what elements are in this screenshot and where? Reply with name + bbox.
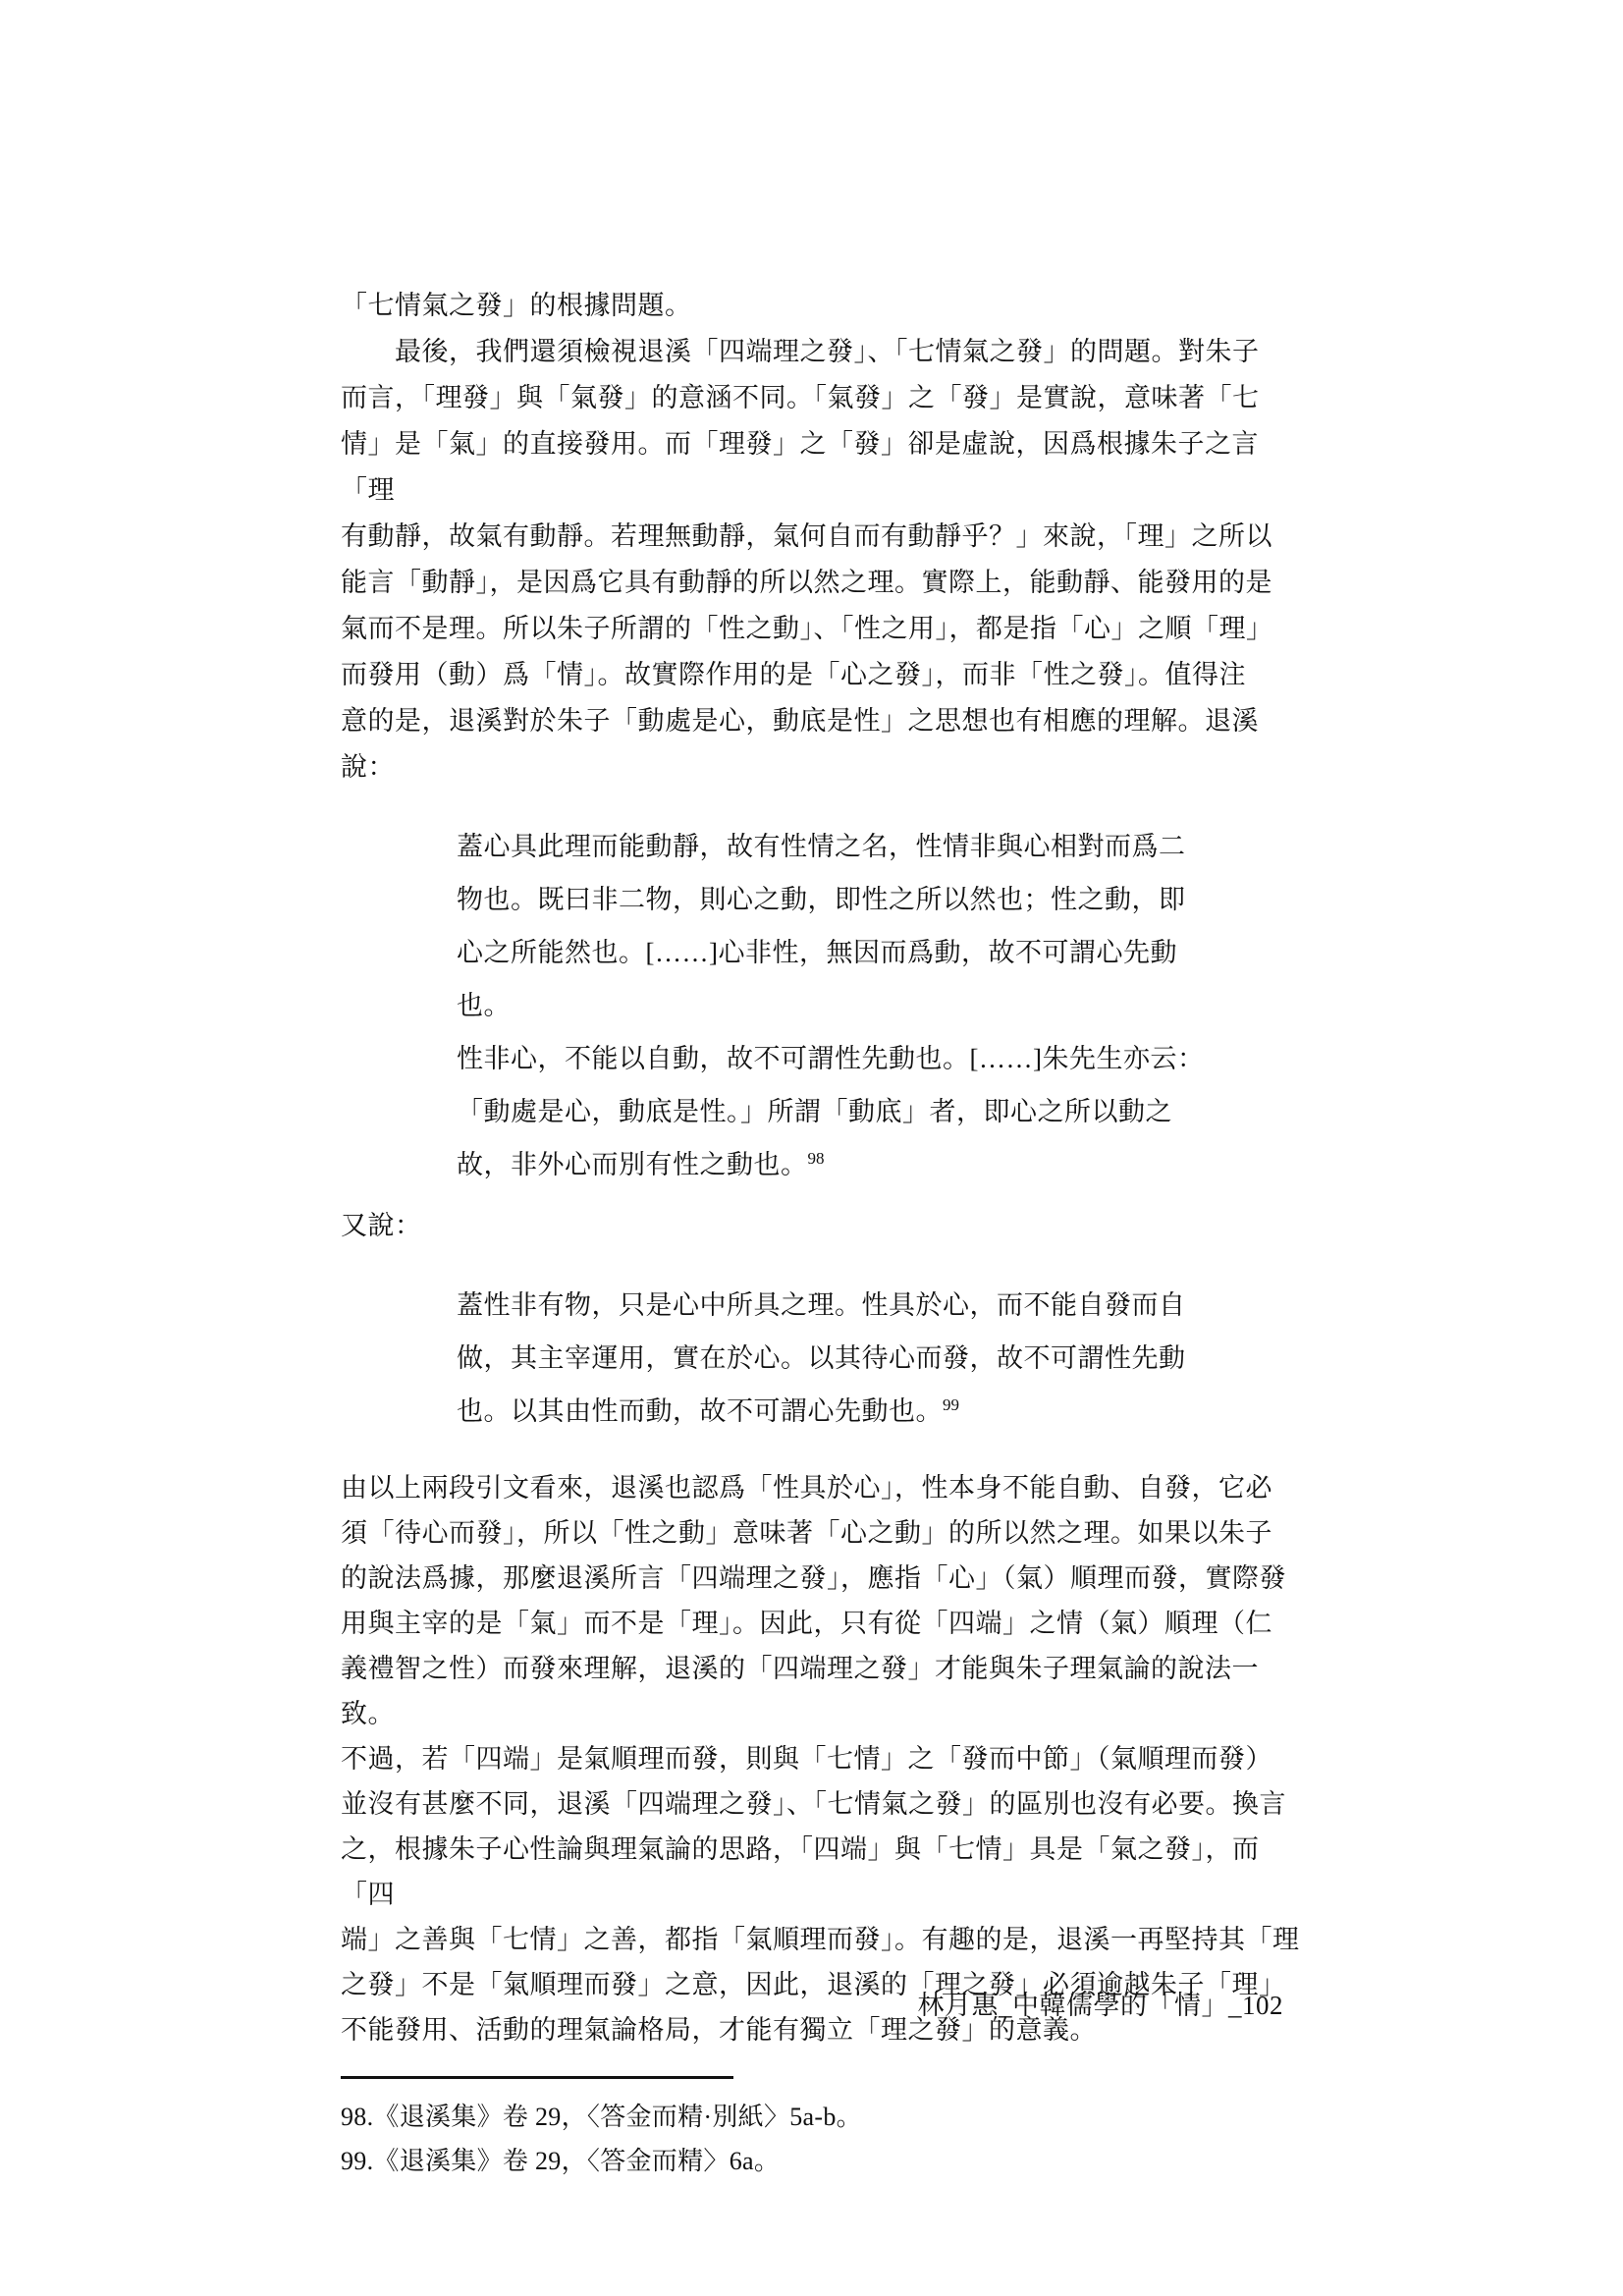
paragraph-analysis: 由以上兩段引文看來，退溪也認爲「性具於心」，性本身不能自動、自發，它必 須「待心… <box>341 1465 1308 2052</box>
footnote-ref-99: 99 <box>943 1395 959 1414</box>
footnote-list: 98.《退溪集》卷 29，〈答金而精·別紙〉5a-b。 99.《退溪集》卷 29… <box>341 2095 1308 2183</box>
paper-page: 「七情氣之發」的根據問題。 最後，我們還須檢視退溪「四端理之發」、「七情氣之發」… <box>0 0 1623 2296</box>
text-column: 「七情氣之發」的根據問題。 最後，我們還須檢視退溪「四端理之發」、「七情氣之發」… <box>341 0 1308 2183</box>
footnote-separator <box>341 2076 733 2079</box>
block-quote-1: 蓋心具此理而能動靜，故有性情之名，性情非與心相對而爲二 物也。既曰非二物，則心之… <box>457 820 1213 1191</box>
footnote-ref-98: 98 <box>808 1149 825 1168</box>
page-footer: 林月惠_中韓儒學的「情」_102 <box>918 1986 1284 2025</box>
connector-line: 又說： <box>341 1203 1308 1249</box>
opening-paragraph: 「七情氣之發」的根據問題。 <box>341 283 1308 329</box>
paragraph-intro: 最後，我們還須檢視退溪「四端理之發」、「七情氣之發」的問題。對朱子 而言，「理發… <box>341 329 1308 791</box>
quote-1-text: 蓋心具此理而能動靜，故有性情之名，性情非與心相對而爲二 物也。既曰非二物，則心之… <box>457 832 1204 1179</box>
block-quote-2: 蓋性非有物，只是心中所具之理。性具於心，而不能自發而自 做，其主宰運用，實在於心… <box>457 1279 1213 1438</box>
quote-2-text: 蓋性非有物，只是心中所具之理。性具於心，而不能自發而自 做，其主宰運用，實在於心… <box>457 1290 1186 1426</box>
